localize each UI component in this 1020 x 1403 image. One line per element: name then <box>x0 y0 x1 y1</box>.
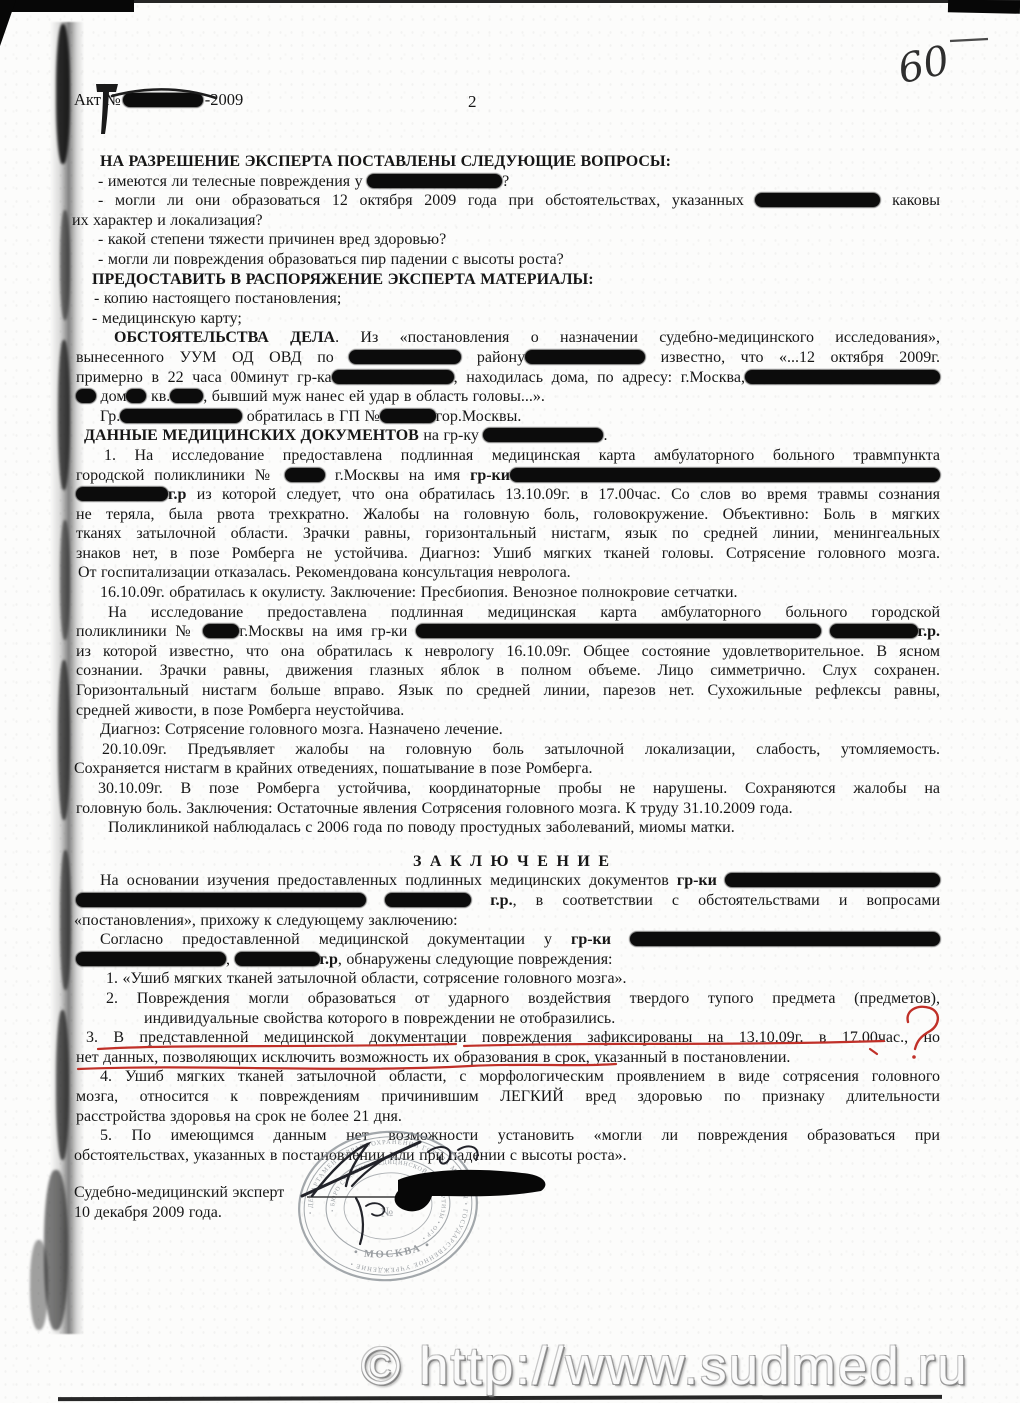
text-segment: 30.10.09г. В позе Ромберга устойчива, ко… <box>98 780 940 797</box>
text-segment: , <box>226 951 235 968</box>
text-segment: г.р. <box>490 892 512 909</box>
text-line: расстройства здоровья на срок не более 2… <box>84 1107 940 1127</box>
text-segment: ДАННЫЕ МЕДИЦИНСКИХ ДОКУМЕНТОВ <box>84 427 419 444</box>
text-segment: Судебно-медицинский эксперт <box>74 1184 284 1201</box>
text-segment: району <box>461 349 525 366</box>
text-line: Согласно предоставленной медицинской док… <box>84 930 940 950</box>
redaction-bar <box>380 409 436 423</box>
text-segment: Согласно предоставленной медицинской док… <box>100 931 571 948</box>
text-segment: , находилась дома, по адресу: г.Москва, <box>454 369 745 386</box>
text-line: - могли ли повреждения образоваться пир … <box>84 250 940 270</box>
text-line: Диагноз: Сотрясение головного мозга. Наз… <box>84 720 940 740</box>
redaction-bar <box>120 409 242 423</box>
text-line: - какой степени тяжести причинен вред зд… <box>84 230 940 250</box>
text-segment: , бывший муж нанес ей удар в область гол… <box>203 388 545 405</box>
text-line: вынесенного УУМ ОД ОВД по району известн… <box>84 348 940 368</box>
text-line: ОБСТОЯТЕЛЬСТВА ДЕЛА. Из «постановления о… <box>84 328 940 348</box>
text-segment: - могли ли повреждения образоваться пир … <box>98 251 564 268</box>
text-segment: , обнаружены следующие повреждения: <box>338 951 613 968</box>
redaction-bar <box>755 193 880 207</box>
scan-edge-top <box>0 0 1020 3</box>
redaction-bar <box>385 893 471 907</box>
text-line: - копию настоящего постановления; <box>84 289 940 309</box>
text-segment: З А К Л Ю Ч Е Н И Е <box>413 853 611 870</box>
text-segment: 2. Повреждения могли образоваться от уда… <box>106 990 940 1007</box>
text-line: НА РАЗРЕШЕНИЕ ЭКСПЕРТА ПОСТАВЛЕНЫ СЛЕДУЮ… <box>84 152 940 172</box>
text-segment: гор.Москвы. <box>436 408 522 425</box>
text-line: примерно в 22 часа 00минут гр-ка, находи… <box>84 368 940 388</box>
text-segment: каковы <box>880 192 940 209</box>
text-segment: гр-ки <box>677 872 725 889</box>
text-segment: От госпитализации отказалась. Рекомендов… <box>78 564 571 581</box>
handwritten-number: 60 <box>894 37 953 93</box>
redaction-bar <box>830 624 918 638</box>
page-number: 2 <box>468 92 477 112</box>
text-segment: на гр-ку <box>419 427 484 444</box>
redaction-bar <box>76 952 226 966</box>
text-line: дом кв., бывший муж нанес ей удар в обла… <box>84 387 940 407</box>
text-line: 3. В представленной медицинской документ… <box>84 1028 940 1048</box>
text-segment: из которой следует, что она обратилась 1… <box>186 486 940 503</box>
text-segment: расстройства здоровья на срок не более 2… <box>76 1108 402 1125</box>
text-segment: 1. «Ушиб мягких тканей затылочной област… <box>106 970 627 987</box>
text-segment: нет данных, позволяющих исключить возмож… <box>76 1049 790 1066</box>
text-line: поликлиники № г.Москвы на имя гр-ки г.р. <box>84 622 940 642</box>
text-line: знаков нет, в позе Ромберга не устойчива… <box>84 544 940 564</box>
scanned-document-page: Акт №-2009 2 НА РАЗРЕШЕНИЕ ЭКСПЕРТА ПОСТ… <box>0 0 1020 1403</box>
text-segment: г.р <box>168 486 186 503</box>
text-segment: тканях затылочной области. Зрачки равны,… <box>76 525 940 542</box>
text-line: , г.р, обнаружены следующие повреждения: <box>84 950 940 970</box>
scan-edge-top-left <box>0 0 134 12</box>
text-line: - имеются ли телесные повреждения у ? <box>84 172 940 192</box>
redaction-bar <box>367 174 502 188</box>
text-segment: Диагноз: Сотрясение головного мозга. Наз… <box>100 721 503 738</box>
redaction-bar <box>416 624 821 638</box>
text-line: 20.10.09г. Предъявляет жалобы на головну… <box>84 740 940 760</box>
scan-blotch <box>58 340 70 490</box>
text-segment: - копию настоящего постановления; <box>94 290 341 307</box>
scan-blotch <box>58 660 70 820</box>
text-line: 1. «Ушиб мягких тканей затылочной област… <box>84 969 940 989</box>
text-line: На основании изучения предоставленных по… <box>84 871 940 891</box>
text-segment: г.р <box>320 951 338 968</box>
text-line: Горизонтальный нистагм больше вправо. Яз… <box>84 681 940 701</box>
text-line: г.р из которой следует, что она обратила… <box>84 485 940 505</box>
text-line: 30.10.09г. В позе Ромберга устойчива, ко… <box>84 779 940 799</box>
text-segment <box>366 892 385 909</box>
text-segment: Сохраняется нистагм в крайних отведениях… <box>74 760 593 777</box>
text-line: 5. По имеющимся данным нет возможности у… <box>84 1126 940 1146</box>
text-segment: примерно в 22 часа 00минут гр-ка <box>76 369 332 386</box>
document-body: НА РАЗРЕШЕНИЕ ЭКСПЕРТА ПОСТАВЛЕНЫ СЛЕДУЮ… <box>84 152 940 1222</box>
text-segment: г.Москвы на имя гр-ки <box>239 623 416 640</box>
redaction-bar <box>630 932 940 946</box>
redaction-bar <box>349 350 461 364</box>
text-segment: - могли ли они образоваться 12 октября 2… <box>98 192 755 209</box>
text-segment: обратилась в ГП № <box>242 408 380 425</box>
scan-blotch <box>60 850 71 990</box>
text-segment: головную боль. Заключения: Остаточные яв… <box>76 800 793 817</box>
text-line: 4. Ушиб мягких тканей затылочной области… <box>84 1067 940 1087</box>
text-segment: 3. В представленной медицинской документ… <box>86 1029 940 1046</box>
scan-blotch <box>30 1240 48 1330</box>
text-segment: На основании изучения предоставленных по… <box>100 872 677 889</box>
text-segment: «постановления», прихожу к следующему за… <box>74 912 458 929</box>
redaction-bar <box>235 952 320 966</box>
text-line: З А К Л Ю Ч Е Н И Е <box>84 852 940 872</box>
text-segment: обстоятельствах, указанных в постановлен… <box>74 1147 627 1164</box>
handwritten-dash <box>950 39 988 41</box>
redaction-bar <box>123 93 203 107</box>
text-segment <box>821 623 830 640</box>
text-segment: 5. По имеющимся данным нет возможности у… <box>100 1127 940 1144</box>
text-line: 10 декабря 2009 года. <box>84 1203 940 1223</box>
redaction-bar <box>525 350 645 364</box>
scan-blotch <box>60 210 70 320</box>
act-number-line: Акт №-2009 <box>74 90 243 110</box>
text-line: - могли ли они образоваться 12 октября 2… <box>84 191 940 211</box>
text-segment: На исследование предоставлена подлинная … <box>108 604 940 621</box>
text-line: Сохраняется нистагм в крайних отведениях… <box>84 759 940 779</box>
redaction-bar <box>203 624 239 638</box>
act-year: -2009 <box>205 90 244 109</box>
text-line: Гр. обратилась в ГП №гор.Москвы. <box>84 407 940 427</box>
text-line: 1. На исследование предоставлена подлинн… <box>84 446 940 466</box>
text-segment: 1. На исследование предоставлена подлинн… <box>104 447 940 464</box>
text-line: из которой известно, что она обратилась … <box>84 642 940 662</box>
text-segment: индивидуальные свойства которого в повре… <box>144 1010 615 1027</box>
watermark: © http://www.sudmed.ru <box>310 1336 1020 1397</box>
redaction-bar <box>725 873 940 887</box>
text-segment: 20.10.09г. Предъявляет жалобы на головну… <box>102 741 940 758</box>
text-line: не теряла, была рвота трехкратно. Жалобы… <box>84 505 940 525</box>
text-segment: 16.10.09г. обратилась к окулисту. Заключ… <box>100 584 738 601</box>
text-segment: сознании. Зрачки равны, движения глазных… <box>76 662 940 679</box>
text-line: ПРЕДОСТАВИТЬ В РАСПОРЯЖЕНИЕ ЭКСПЕРТА МАТ… <box>84 270 940 290</box>
text-line: Поликлиникой наблюдалась с 2006 года по … <box>84 818 940 838</box>
text-segment: городской поликлиники № <box>76 467 285 484</box>
text-line: индивидуальные свойства которого в повре… <box>84 1009 940 1029</box>
text-segment: дом <box>96 388 126 405</box>
text-segment: 10 декабря 2009 года. <box>74 1204 222 1221</box>
text-line: 16.10.09г. обратилась к окулисту. Заключ… <box>84 583 940 603</box>
text-segment: средней живости, в позе Ромберга неустой… <box>76 702 404 719</box>
text-segment: вынесенного УУМ ОД ОВД по <box>76 349 349 366</box>
redaction-bar <box>76 893 366 907</box>
text-line: мозга, относится к повреждениям причинив… <box>84 1087 940 1107</box>
scan-edge-top-right <box>948 0 1020 14</box>
text-segment: поликлиники № <box>76 623 203 640</box>
act-label: Акт № <box>74 90 121 109</box>
text-segment: их характер и локализация? <box>72 212 263 229</box>
scan-blotch <box>44 1170 68 1330</box>
text-segment: Гр. <box>100 408 120 425</box>
text-segment <box>471 892 490 909</box>
text-segment: кв. <box>146 388 170 405</box>
text-segment: Горизонтальный нистагм больше вправо. Яз… <box>76 682 940 699</box>
text-line: - медицинскую карту; <box>84 309 940 329</box>
redaction-bar <box>483 428 603 442</box>
text-line: головную боль. Заключения: Остаточные яв… <box>84 799 940 819</box>
text-segment: г.Москвы на имя <box>325 467 470 484</box>
text-line: обстоятельствах, указанных в постановлен… <box>84 1146 940 1166</box>
text-segment: гр-ки <box>571 931 630 948</box>
text-segment: - медицинскую карту; <box>92 310 242 327</box>
redaction-bar <box>510 468 940 482</box>
text-segment: - имеются ли телесные повреждения у <box>98 173 367 190</box>
text-segment: 4. Ушиб мягких тканей затылочной области… <box>100 1068 940 1085</box>
redaction-bar <box>76 389 96 403</box>
svg-text:• МОСКВА •: • МОСКВА • <box>352 1239 434 1264</box>
text-line: городской поликлиники № г.Москвы на имя … <box>84 466 940 486</box>
redaction-bar <box>126 389 146 403</box>
stamp-city-text: • МОСКВА • <box>352 1239 434 1264</box>
text-segment: , в соответствии с обстоятельствами и во… <box>513 892 940 909</box>
text-line: На исследование предоставлена подлинная … <box>84 603 940 623</box>
text-line: 2. Повреждения могли образоваться от уда… <box>84 989 940 1009</box>
text-segment: гр-ки <box>470 467 510 484</box>
text-segment: . Из «постановления о назначении судебно… <box>335 329 940 346</box>
text-segment: не теряла, была рвота трехкратно. Жалобы… <box>76 506 940 523</box>
text-segment: НА РАЗРЕШЕНИЕ ЭКСПЕРТА ПОСТАВЛЕНЫ СЛЕДУЮ… <box>100 153 671 170</box>
text-line: «постановления», прихожу к следующему за… <box>84 911 940 931</box>
text-line: средней живости, в позе Ромберга неустой… <box>84 701 940 721</box>
scan-blotch <box>56 1010 69 1160</box>
scan-blotch <box>60 520 70 640</box>
text-line: сознании. Зрачки равны, движения глазных… <box>84 661 940 681</box>
text-segment: ОБСТОЯТЕЛЬСТВА ДЕЛА <box>114 329 335 346</box>
text-line: тканях затылочной области. Зрачки равны,… <box>84 524 940 544</box>
text-line: ДАННЫЕ МЕДИЦИНСКИХ ДОКУМЕНТОВ на гр-ку . <box>84 426 940 446</box>
redaction-bar <box>170 389 203 403</box>
text-line: нет данных, позволяющих исключить возмож… <box>84 1048 940 1068</box>
text-segment: знаков нет, в позе Ромберга не устойчива… <box>76 545 940 562</box>
redaction-bar <box>285 468 325 482</box>
text-segment: г.р. <box>918 623 940 640</box>
text-line: Судебно-медицинский эксперт <box>84 1183 940 1203</box>
text-segment: ? <box>502 173 509 190</box>
text-segment: мозга, относится к повреждениям причинив… <box>76 1088 940 1105</box>
redaction-bar <box>745 370 940 384</box>
scan-blotch <box>56 24 70 164</box>
text-segment: из которой известно, что она обратилась … <box>76 643 940 660</box>
text-segment: ПРЕДОСТАВИТЬ В РАСПОРЯЖЕНИЕ ЭКСПЕРТА МАТ… <box>92 271 594 288</box>
redaction-bar <box>332 370 454 384</box>
text-segment: . <box>603 427 607 444</box>
text-line: их характер и локализация? <box>84 211 940 231</box>
text-segment: - какой степени тяжести причинен вред зд… <box>98 231 446 248</box>
text-segment: Поликлиникой наблюдалась с 2006 года по … <box>108 819 735 836</box>
text-segment: известно, что «...12 октября 2009г. <box>645 349 940 366</box>
text-line: От госпитализации отказалась. Рекомендов… <box>84 563 940 583</box>
text-line: г.р., в соответствии с обстоятельствами … <box>84 891 940 911</box>
redaction-bar <box>76 487 168 501</box>
